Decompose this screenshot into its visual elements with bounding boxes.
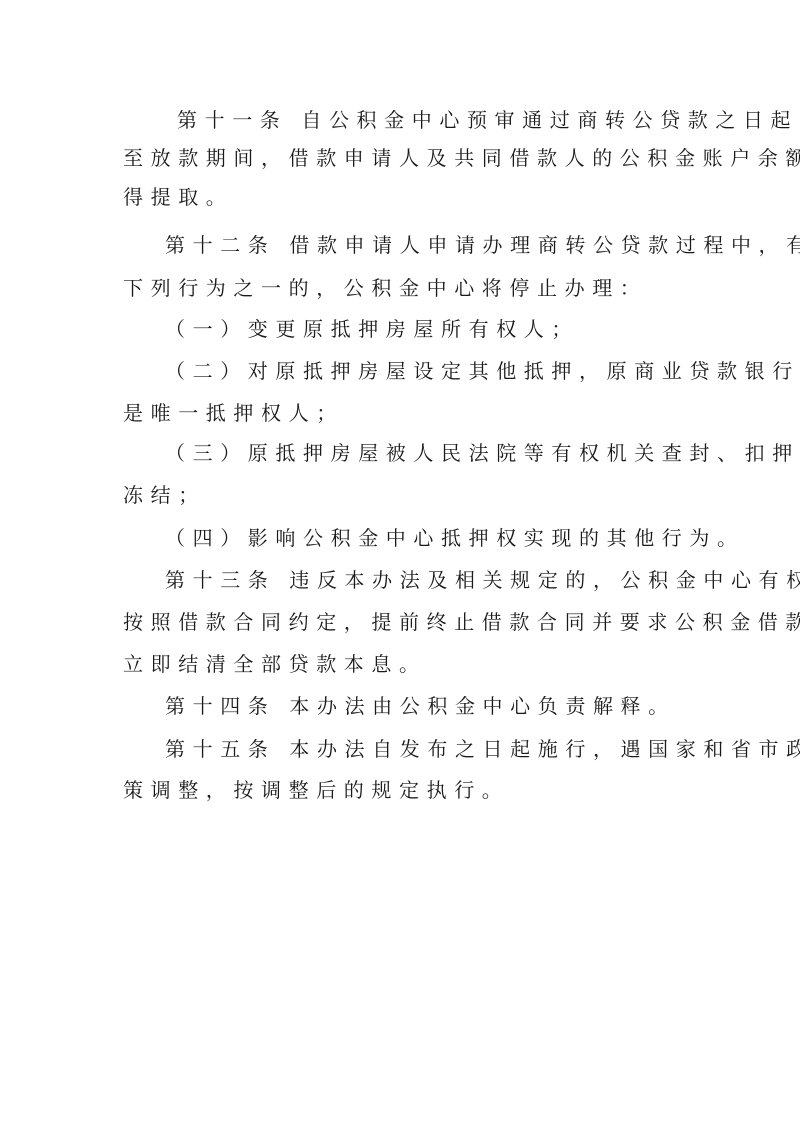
document-page: 第十一条 自公积金中心预审通过商转公贷款之日起 至放款期间，借款申请人及共同借款… — [0, 0, 800, 1131]
article-12-item-2-line-1: （二）对原抵押房屋设定其他抵押，原商业贷款银行不 — [165, 356, 725, 386]
article-12-line-1: 第十二条 借款申请人申请办理商转公贷款过程中，有 — [165, 230, 725, 260]
article-13-line-3: 立即结清全部贷款本息。 — [123, 649, 683, 679]
article-12-item-3-line-1: （三）原抵押房屋被人民法院等有权机关查封、扣押、 — [165, 438, 725, 468]
article-14-line-1: 第十四条 本办法由公积金中心负责解释。 — [165, 691, 725, 721]
article-15-line-1: 第十五条 本办法自发布之日起施行，遇国家和省市政 — [165, 734, 725, 764]
article-12-item-2-line-2: 是唯一抵押权人； — [123, 398, 683, 428]
article-12-item-4: （四）影响公积金中心抵押权实现的其他行为。 — [165, 523, 725, 553]
article-12-item-1: （一）变更原抵押房屋所有权人； — [165, 314, 725, 344]
article-11-line-2: 至放款期间，借款申请人及共同借款人的公积金账户余额不 — [123, 143, 683, 173]
article-12-item-3-line-2: 冻结； — [123, 480, 683, 510]
article-13-line-2: 按照借款合同约定，提前终止借款合同并要求公积金借款人 — [123, 607, 683, 637]
article-11-line-3: 得提取。 — [123, 182, 683, 212]
article-11-line-1: 第十一条 自公积金中心预审通过商转公贷款之日起 — [177, 105, 737, 135]
article-15-line-2: 策调整，按调整后的规定执行。 — [123, 775, 683, 805]
article-13-line-1: 第十三条 违反本办法及相关规定的，公积金中心有权 — [165, 565, 725, 595]
article-12-line-2: 下列行为之一的，公积金中心将停止办理： — [123, 273, 683, 303]
